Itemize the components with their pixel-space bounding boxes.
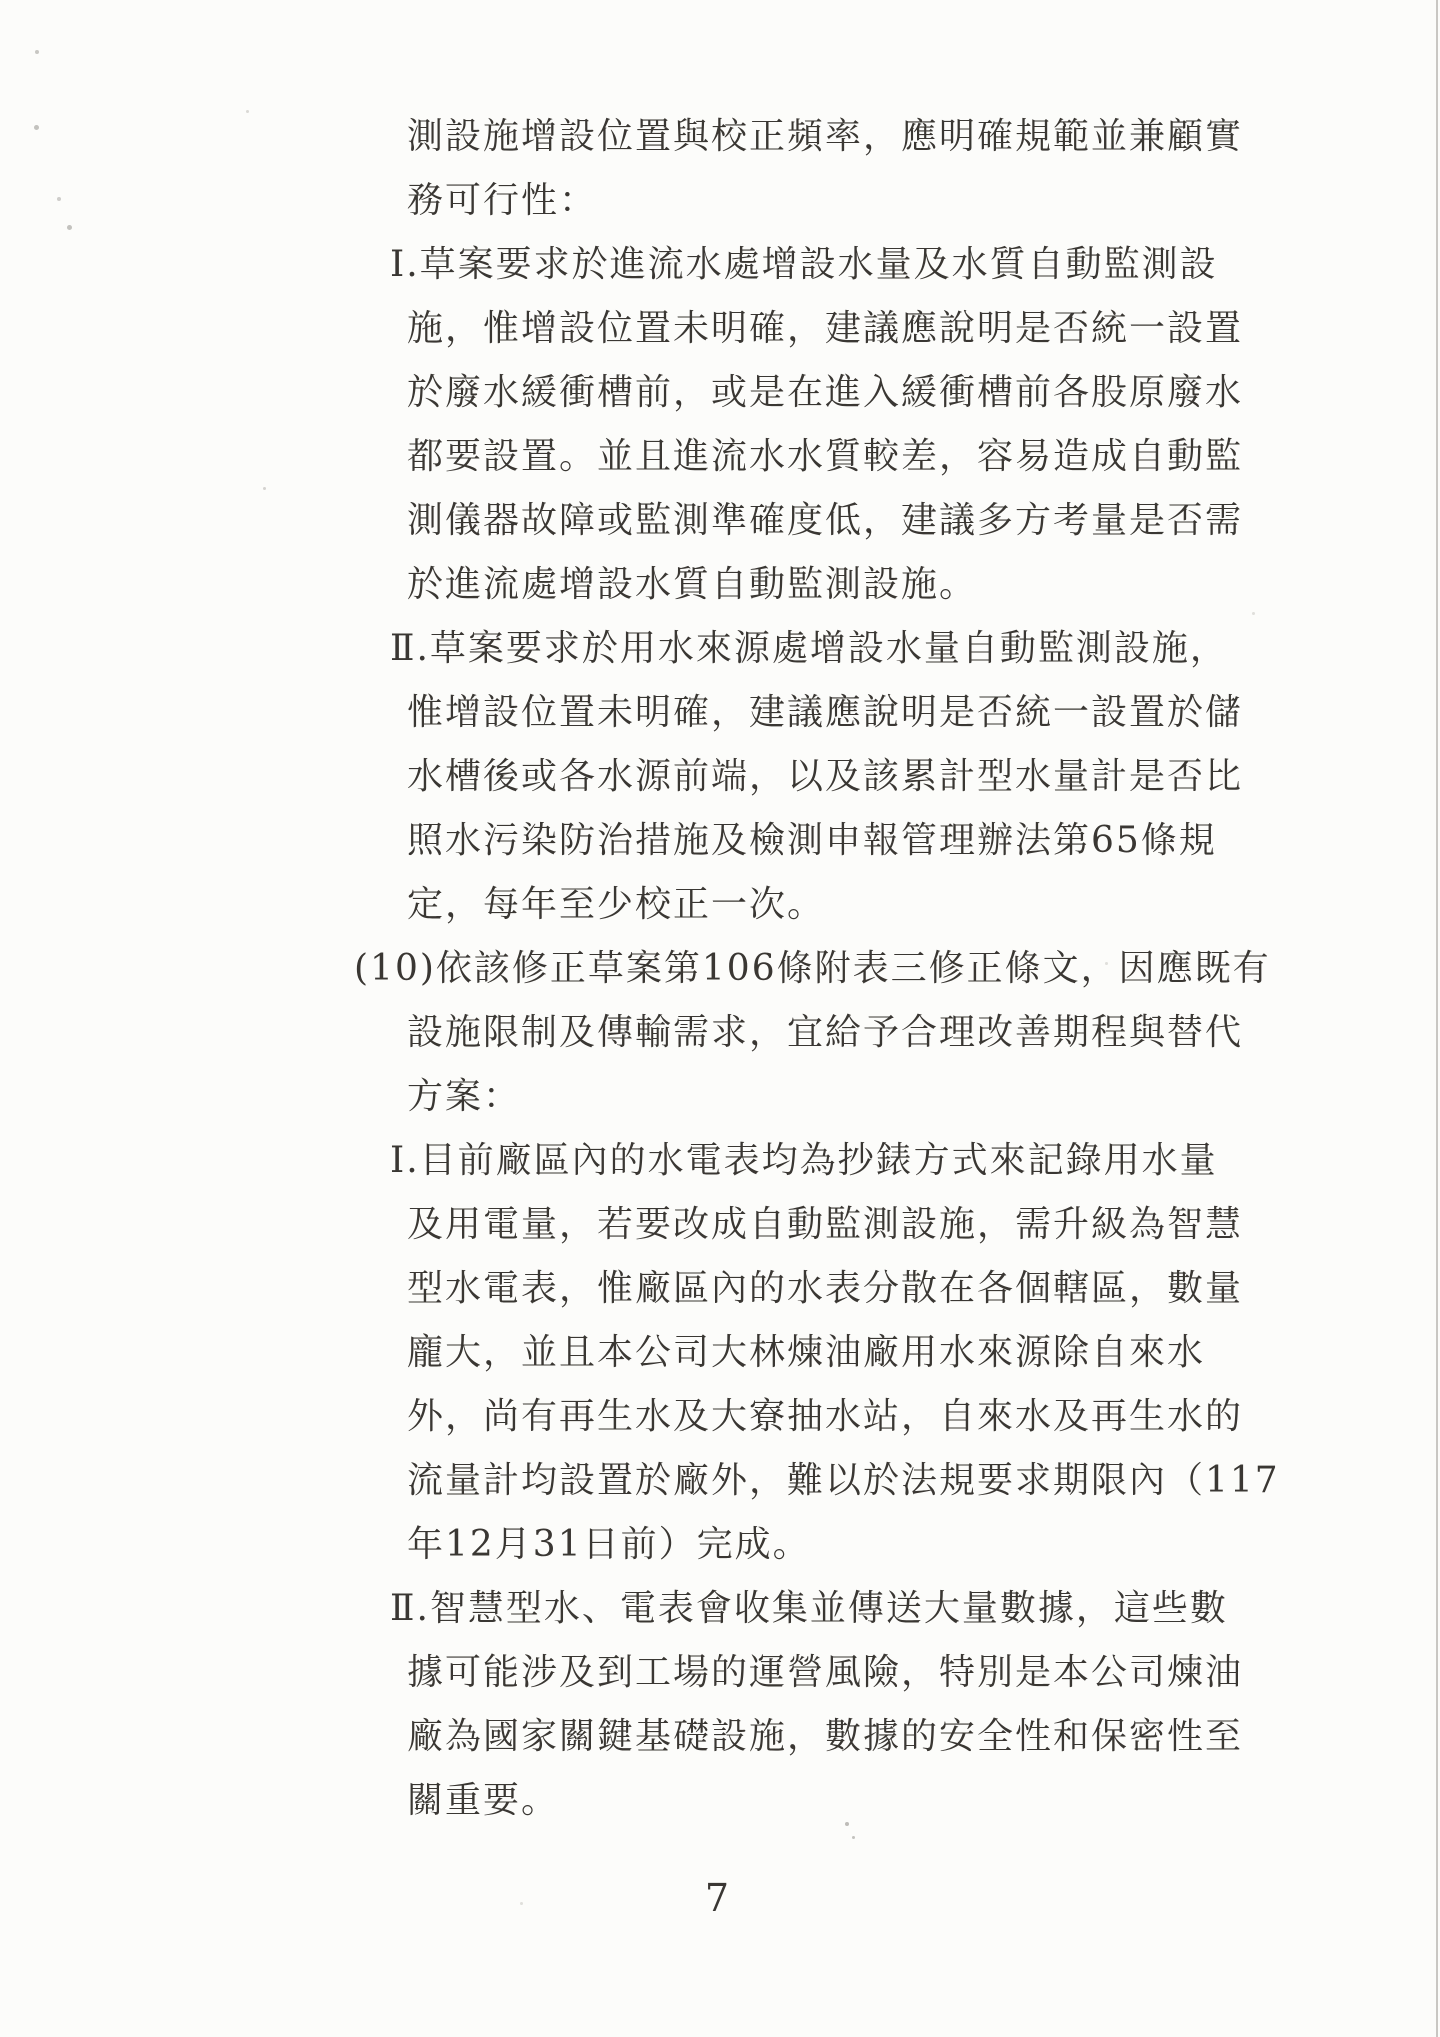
page-number: 7 [697, 1876, 737, 1920]
text-line: 定，每年至少校正一次。 [0, 873, 1440, 937]
scan-speck [520, 1902, 523, 1905]
text-line: 型水電表，惟廠區內的水表分散在各個轄區，數量 [0, 1257, 1440, 1321]
scanned-document-page: 測設施增設位置與校正頻率，應明確規範並兼顧實務可行性：Ⅰ.草案要求於進流水處增設… [0, 0, 1440, 2037]
text-line: 於廢水緩衝槽前，或是在進入緩衝槽前各股原廢水 [0, 361, 1440, 425]
text-line: Ⅰ.草案要求於進流水處增設水量及水質自動監測設 [0, 233, 1440, 297]
text-line: 施，惟增設位置未明確，建議應說明是否統一設置 [0, 297, 1440, 361]
text-line: 廠為國家關鍵基礎設施，數據的安全性和保密性至 [0, 1705, 1440, 1769]
text-line: Ⅱ.草案要求於用水來源處增設水量自動監測設施， [0, 617, 1440, 681]
text-lines: 測設施增設位置與校正頻率，應明確規範並兼顧實務可行性：Ⅰ.草案要求於進流水處增設… [0, 105, 1440, 1833]
text-line: 都要設置。並且進流水水質較差，容易造成自動監 [0, 425, 1440, 489]
text-line: 測設施增設位置與校正頻率，應明確規範並兼顧實 [0, 105, 1440, 169]
text-line: (10)依該修正草案第106條附表三修正條文，因應既有 [0, 937, 1440, 1001]
scan-speck [845, 1822, 849, 1826]
text-line: 據可能涉及到工場的運營風險，特別是本公司煉油 [0, 1641, 1440, 1705]
text-line: 外，尚有再生水及大寮抽水站，自來水及再生水的 [0, 1385, 1440, 1449]
scan-speck [35, 50, 39, 54]
text-line: 於進流處增設水質自動監測設施。 [0, 553, 1440, 617]
text-line: Ⅱ.智慧型水、電表會收集並傳送大量數據，這些數 [0, 1577, 1440, 1641]
scan-speck [263, 487, 266, 490]
scan-speck [34, 125, 39, 130]
scan-speck [57, 197, 61, 201]
text-line: 龐大，並且本公司大林煉油廠用水來源除自來水 [0, 1321, 1440, 1385]
text-line: 流量計均設置於廠外，難以於法規要求期限內（117 [0, 1449, 1440, 1513]
scan-speck [852, 1836, 855, 1839]
text-line: 惟增設位置未明確，建議應說明是否統一設置於儲 [0, 681, 1440, 745]
text-line: 及用電量，若要改成自動監測設施，需升級為智慧 [0, 1193, 1440, 1257]
text-line: 設施限制及傳輸需求，宜給予合理改善期程與替代 [0, 1001, 1440, 1065]
scan-speck [246, 110, 249, 113]
scan-edge-line [1436, 0, 1438, 2037]
text-line: 照水污染防治措施及檢測申報管理辦法第65條規 [0, 809, 1440, 873]
scan-speck [1252, 612, 1255, 615]
text-line: 測儀器故障或監測準確度低，建議多方考量是否需 [0, 489, 1440, 553]
scan-speck [531, 575, 534, 578]
text-line: 水槽後或各水源前端，以及該累計型水量計是否比 [0, 745, 1440, 809]
text-line: 關重要。 [0, 1769, 1440, 1833]
text-line: 務可行性： [0, 169, 1440, 233]
text-line: 方案： [0, 1065, 1440, 1129]
text-line: Ⅰ.目前廠區內的水電表均為抄錶方式來記錄用水量 [0, 1129, 1440, 1193]
scan-speck [67, 225, 72, 230]
scan-speck [1105, 962, 1108, 965]
text-line: 年12月31日前）完成。 [0, 1513, 1440, 1577]
